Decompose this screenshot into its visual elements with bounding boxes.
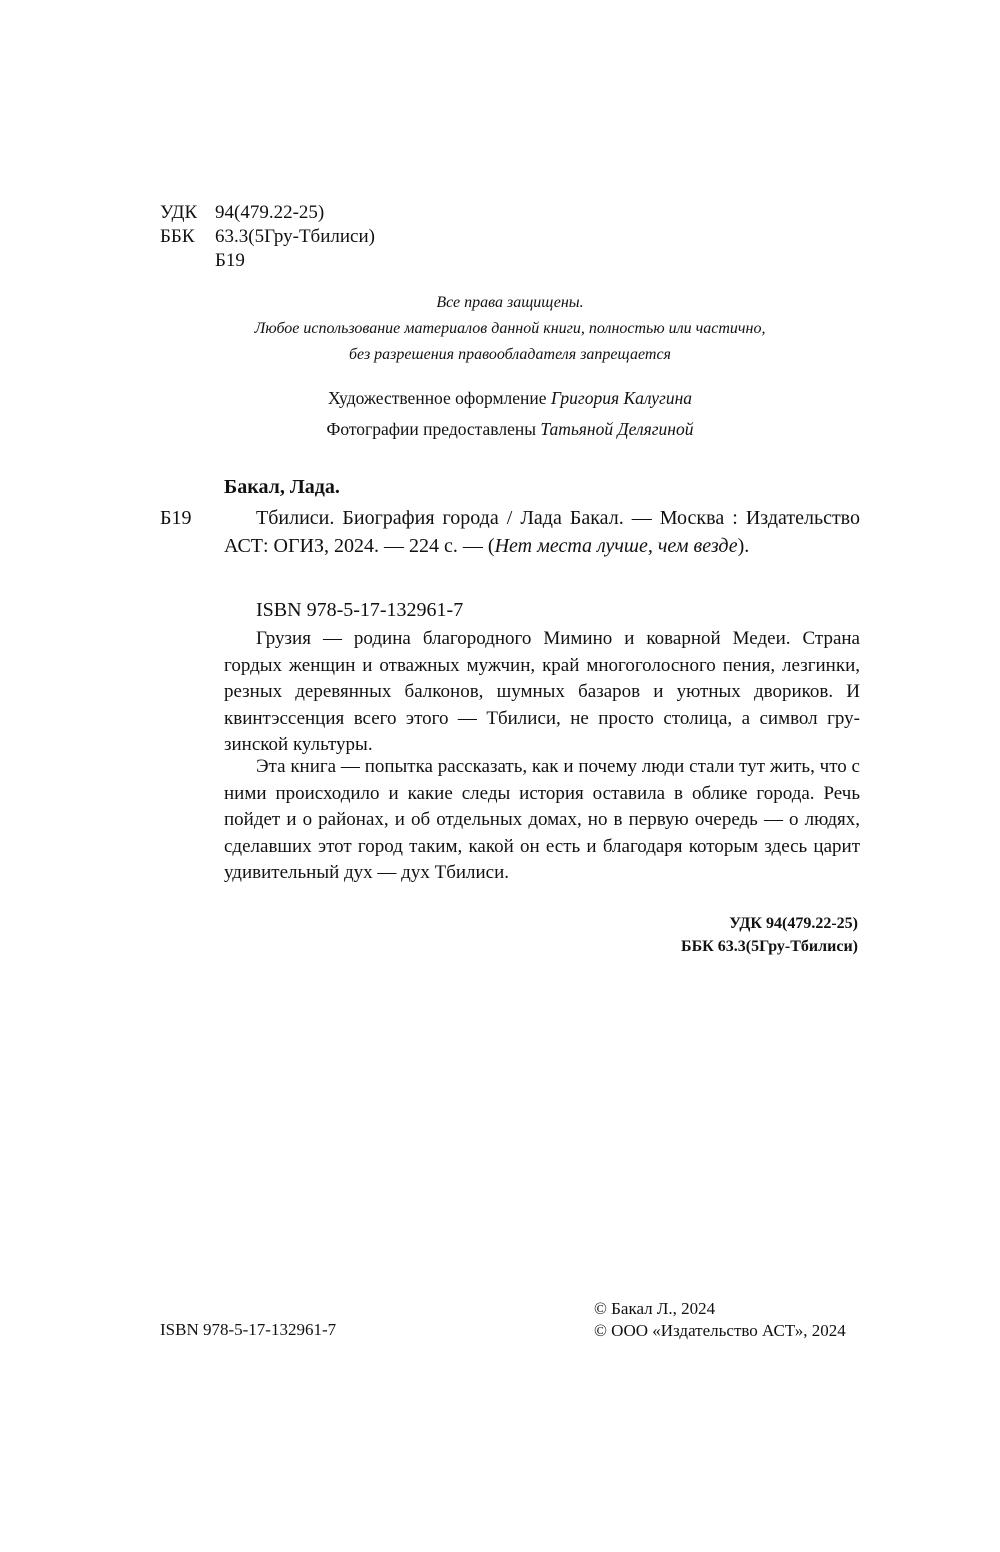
footer-isbn: ISBN 978-5-17-132961-7 [160, 1318, 336, 1342]
udk-label: УДК [160, 201, 215, 225]
photographer-name: Татьяной Делягиной [540, 419, 693, 439]
annotation-paragraph-2: Эта книга — попытка рассказать, как и по… [224, 754, 860, 887]
author-mark: Б19 [215, 249, 245, 273]
copyright-block: © Бакал Л., 2024 © ООО «Издательство АСТ… [594, 1298, 846, 1342]
author-heading: Бакал, Лада. [224, 474, 340, 500]
copyright-author: © Бакал Л., 2024 [594, 1298, 846, 1320]
classification-block: УДК94(479.22-25) ББК63.3(5Гру-Тбилиси) Б… [160, 201, 375, 273]
bbk-footer: ББК 63.3(5Гру-Тбилиси) [600, 935, 858, 958]
classification-footer: УДК 94(479.22-25) ББК 63.3(5Гру-Тбилиси) [600, 912, 858, 958]
credits-block: Художественное оформление Григория Калуг… [160, 383, 860, 445]
rights-notice: Все права защищены. Любое использование … [160, 290, 860, 368]
copyright-publisher: © ООО «Издательство АСТ», 2024 [594, 1320, 846, 1342]
design-credit: Художественное оформление Григория Калуг… [160, 383, 860, 414]
isbn: ISBN 978-5-17-132961-7 [256, 597, 463, 623]
annotation-paragraph-1: Грузия — родина благородного Мимино и ко… [224, 626, 860, 759]
rights-line-2: Любое использование материалов данной кн… [160, 316, 860, 342]
photo-credit: Фотографии предоставлены Татьяной Деляги… [160, 414, 860, 445]
author-code: Б19 [160, 505, 191, 531]
bbk-label: ББК [160, 225, 215, 249]
designer-name: Григория Калугина [551, 388, 692, 408]
bibliographic-description: Тбилиси. Биография города / Лада Бакал. … [224, 505, 860, 560]
series-title: Нет места лучше, чем везде [495, 535, 738, 557]
rights-line-1: Все права защищены. [160, 290, 860, 316]
bbk-value: 63.3(5Гру-Тбилиси) [215, 225, 375, 249]
udk-footer: УДК 94(479.22-25) [600, 912, 858, 935]
rights-line-3: без разрешения правообладателя запрещает… [160, 342, 860, 368]
udk-value: 94(479.22-25) [215, 201, 324, 225]
